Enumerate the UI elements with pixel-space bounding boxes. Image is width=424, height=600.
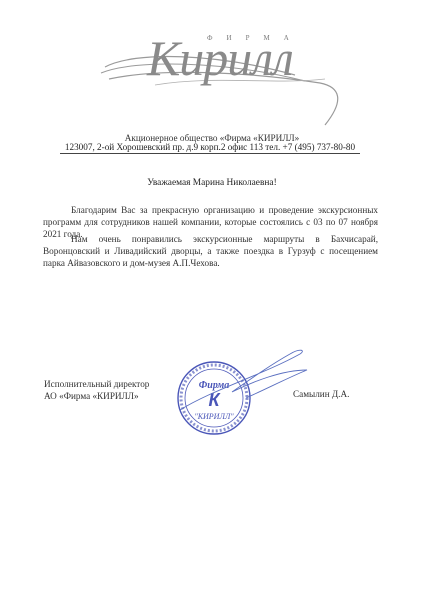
letterhead-divider (60, 153, 360, 154)
signatory-title-line1: Исполнительный директор (44, 378, 149, 390)
logo-script-text: Кирилл (147, 29, 293, 87)
letter-greeting: Уважаемая Марина Николаевна! (0, 178, 424, 188)
stamp-seal-icon: Фирма К "КИРИЛЛ" (172, 340, 312, 452)
paragraph-2-text: Нам очень понравились экскурсионные марш… (43, 234, 378, 268)
signatory-title: Исполнительный директор АО «Фирма «КИРИЛ… (44, 378, 149, 402)
company-address: 123007, 2-ой Хорошевский пр. д.9 корп.2 … (60, 142, 360, 152)
company-logo: ФИРМА Кирилл (95, 15, 355, 130)
company-stamp: Фирма К "КИРИЛЛ" (172, 340, 312, 452)
svg-text:"КИРИЛЛ": "КИРИЛЛ" (194, 412, 234, 421)
letter-paragraph-2: Нам очень понравились экскурсионные марш… (43, 233, 378, 269)
svg-text:К: К (208, 390, 221, 410)
signatory-title-line2: АО «Фирма «КИРИЛЛ» (44, 390, 149, 402)
